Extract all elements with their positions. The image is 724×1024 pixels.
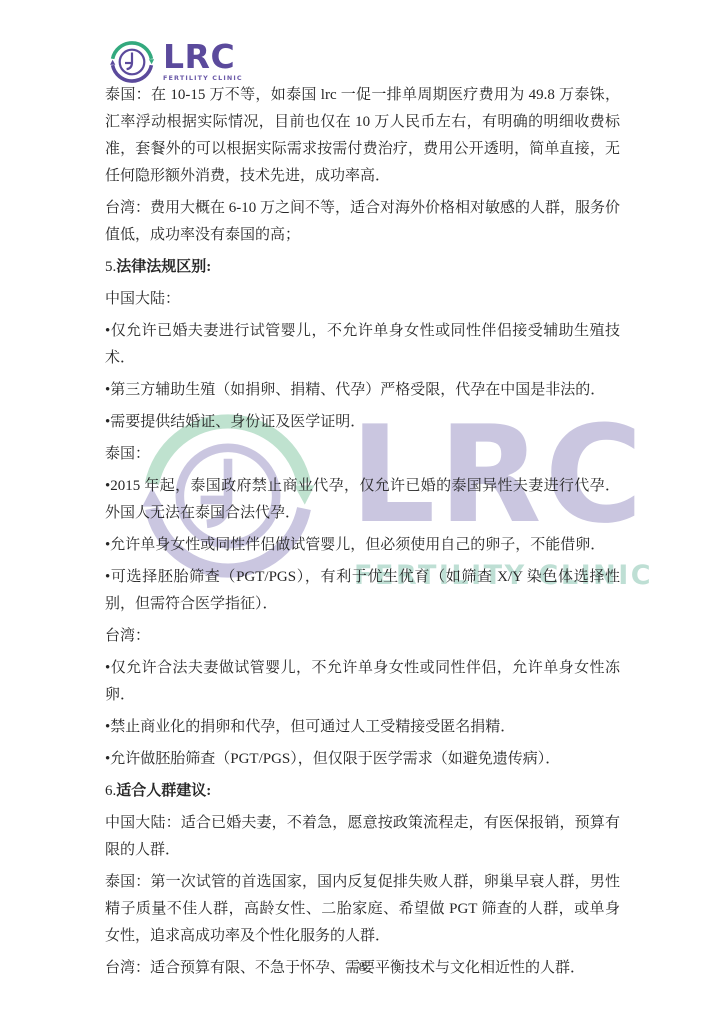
section-number: 5. [105, 259, 116, 275]
section-title: 适合人群建议: [116, 783, 211, 799]
bullet-item: •禁止商业化的捐卵和代孕，但可通过人工受精接受匿名捐精． [105, 714, 620, 741]
bullet-item: •仅允许已婚夫妻进行试管婴儿，不允许单身女性或同性伴侣接受辅助生殖技术． [105, 318, 620, 372]
paragraph: 中国大陆：适合已婚夫妻，不着急，愿意按政策流程走，有医保报销，预算有限的人群． [105, 810, 620, 864]
section-number: 6. [105, 783, 116, 799]
bullet-item: •需要提供结婚证、身份证及医学证明． [105, 409, 620, 436]
bullet-item: •仅允许合法夫妻做试管婴儿，不允许单身女性或同性伴侣，允许单身女性冻卵． [105, 655, 620, 709]
page-number: 8 [359, 959, 366, 974]
bullet-item: •允许做胚胎筛查（PGT/PGS），但仅限于医学需求（如避免遗传病）． [105, 746, 620, 773]
section-heading: 5.法律法规区别: [105, 254, 620, 281]
logo-wordmark: LRC [163, 42, 243, 72]
section-heading: 6.适合人群建议: [105, 778, 620, 805]
section-title: 法律法规区别: [116, 259, 211, 275]
logo-subtitle: FERTILITY CLINIC [163, 74, 243, 82]
paragraph: 台湾：费用大概在 6-10 万之间不等，适合对海外价格相对敏感的人群，服务价值低… [105, 195, 620, 249]
lrc-logo-icon [108, 38, 156, 86]
paragraph: 泰国：第一次试管的首选国家，国内反复促排失败人群，卵巢早衰人群，男性精子质量不佳… [105, 869, 620, 950]
region-label: 中国大陆： [105, 286, 620, 313]
logo-text: LRC FERTILITY CLINIC [163, 42, 243, 82]
bullet-item: •2015 年起，泰国政府禁止商业代孕，仅允许已婚的泰国异性夫妻进行代孕．外国人… [105, 473, 620, 527]
region-label: 台湾： [105, 623, 620, 650]
paragraph: 泰国：在 10-15 万不等，如泰国 lrc 一促一排单周期医疗费用为 49.8… [105, 82, 620, 190]
bullet-item: •第三方辅助生殖（如捐卵、捐精、代孕）严格受限，代孕在中国是非法的． [105, 377, 620, 404]
page-content: 泰国：在 10-15 万不等，如泰国 lrc 一促一排单周期医疗费用为 49.8… [105, 82, 620, 987]
page-footer: 8 [0, 958, 724, 976]
region-label: 泰国： [105, 441, 620, 468]
lrc-logo: LRC FERTILITY CLINIC [108, 38, 243, 86]
bullet-item: •可选择胚胎筛查（PGT/PGS），有利于优生优育（如筛查 X/Y 染色体选择性… [105, 564, 620, 618]
document-page: LRC FERTILITY CLINIC LRC FERTILITY CLINI… [0, 0, 724, 1024]
bullet-item: •允许单身女性或同性伴侣做试管婴儿，但必须使用自己的卵子，不能借卵． [105, 532, 620, 559]
